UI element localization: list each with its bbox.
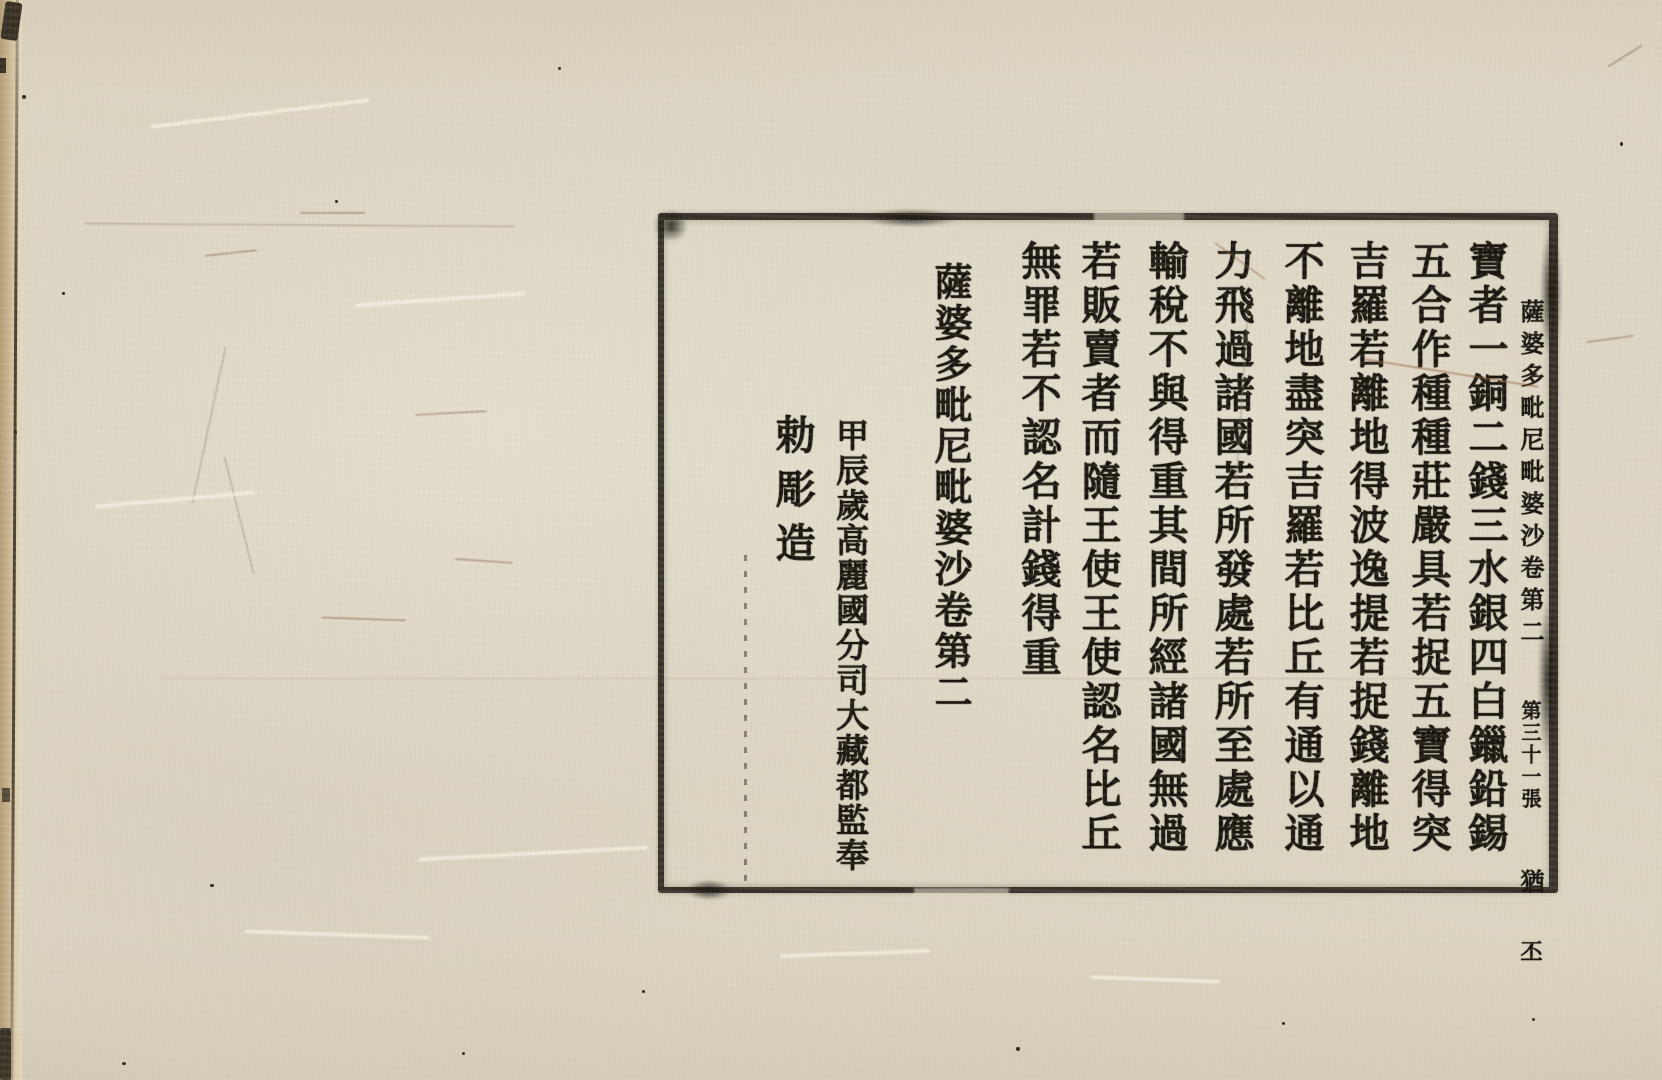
paper-fiber (205, 249, 257, 256)
ink-speck (14, 430, 17, 435)
ink-speck (62, 292, 65, 295)
ink-smudge (654, 210, 688, 242)
text-column: 吉羅若離地得波逸提若捉錢離地 (1346, 240, 1386, 856)
paper-crease (85, 222, 515, 227)
text-column: 五合作種種莊嚴具若捉五寶得突 (1408, 240, 1448, 856)
ink-speck (210, 884, 214, 887)
paper-fiber (151, 99, 370, 129)
corner-mark (2, 788, 10, 802)
text-column: 不離地盡突吉羅若比丘有通以通 (1281, 240, 1321, 856)
scanned-page: 薩婆多毗尼毗婆沙卷第二 第三十一張 猶 丕 寶者一銅二錢三水銀四白鑞鉛錫 五合作… (0, 0, 1662, 1080)
text-block-frame: 薩婆多毗尼毗婆沙卷第二 第三十一張 猶 丕 寶者一銅二錢三水銀四白鑞鉛錫 五合作… (658, 213, 1558, 893)
text-column: 若販賣者而隨王使王使認名比丘 (1078, 240, 1118, 856)
text-column: 無罪若不認名計錢得重 (1018, 240, 1058, 680)
ink-speck (1620, 142, 1623, 146)
paper-fiber (780, 949, 930, 957)
corner-mark (0, 58, 6, 73)
ink-speck (642, 990, 645, 993)
paper-fiber (418, 846, 648, 861)
ink-smudge (686, 880, 732, 900)
corner-mark (0, 1028, 11, 1080)
paper-crease (160, 678, 1440, 679)
text-column: 輸稅不與得重其間所經諸國無過 (1145, 240, 1185, 856)
paper-crease (191, 347, 226, 504)
ink-speck (558, 67, 561, 70)
ink-smudge (1538, 600, 1558, 760)
paper-fiber (245, 930, 430, 939)
paper-fiber (95, 491, 255, 508)
ink-smudge (1540, 228, 1562, 358)
end-title: 薩婆多毗尼毗婆沙卷第二 (931, 262, 969, 713)
ink-smudge (864, 209, 959, 227)
paper-crease (224, 457, 255, 574)
ink-speck (335, 200, 338, 203)
ink-speck (462, 1052, 465, 1055)
ink-speck (22, 95, 26, 99)
paper-fiber (322, 617, 406, 622)
ink-speck (1532, 1018, 1535, 1021)
paper-fiber (300, 212, 365, 214)
margin-carver-mark: 丕 (1517, 940, 1543, 962)
paper-fiber (1586, 335, 1634, 344)
paper-fiber (1608, 45, 1643, 68)
paper-fiber (355, 292, 525, 307)
ink-speck (1282, 1022, 1285, 1025)
colophon-line-1: 甲辰歲高麗國分司大藏都監奉 (834, 418, 867, 873)
border-wear (1094, 212, 1184, 224)
paper-fiber (415, 410, 487, 416)
paper-fiber (1090, 976, 1220, 984)
bleed-through-dots (744, 555, 747, 885)
paper-fiber (455, 558, 513, 564)
ink-speck (122, 1062, 126, 1065)
margin-case-mark: 猶 (1516, 869, 1545, 893)
ink-speck (1016, 1047, 1020, 1051)
border-wear (914, 888, 1009, 899)
colophon-line-2: 勅彫造 (772, 414, 812, 576)
text-column: 寶者一銅二錢三水銀四白鑞鉛錫 (1465, 240, 1505, 856)
